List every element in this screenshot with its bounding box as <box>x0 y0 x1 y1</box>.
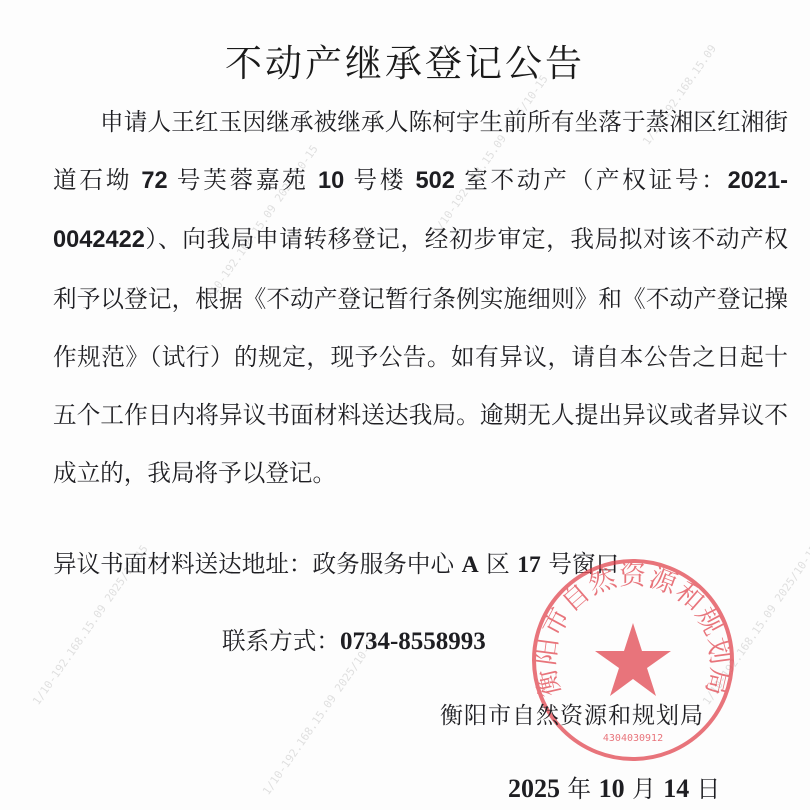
body-segment: ）、向我局申请转移登记，经初步审定，我局拟对该不动产权利予以登记，根据《不动产登… <box>53 225 788 487</box>
issue-date: 2025 年 10 月 14 日 <box>508 770 720 804</box>
date-year: 2025 <box>508 774 560 803</box>
watermark: 1/10-192.168.15.09 2025/10-15 <box>260 633 381 798</box>
svg-text:衡阳市自然资源和规划局: 衡阳市自然资源和规划局 <box>530 561 736 700</box>
objection-address: 异议书面材料送达地址：政务服务中心 A 区 17 号窗口 <box>53 545 619 579</box>
house-number: 72 <box>132 168 177 194</box>
seal-code: 4304030912 <box>603 733 663 744</box>
body-segment: 室不动产（产权证号： <box>464 166 727 194</box>
date-day: 14 <box>663 774 689 803</box>
seal-text: 衡阳市自然资源和规划局 <box>530 561 736 700</box>
building-number: 10 <box>309 168 354 194</box>
contact-phone: 0734-8558993 <box>340 628 486 655</box>
body-segment: 号楼 <box>354 166 407 194</box>
date-day-unit: 日 <box>689 775 720 803</box>
issuer-name: 衡阳市自然资源和规划局 <box>440 697 704 730</box>
date-month-unit: 月 <box>625 775 664 803</box>
contact-label: 联系方式： <box>222 627 340 655</box>
window-suffix: 号窗口 <box>541 550 619 578</box>
page-title: 不动产继承登记公告 <box>0 33 810 87</box>
address-value: 政务服务中心 <box>313 550 462 578</box>
document-page: 1/10-192.168.15.09 2025/10-15 1/10-192.1… <box>0 0 810 810</box>
room-number: 502 <box>406 168 464 194</box>
star-icon <box>595 623 671 696</box>
address-label: 异议书面材料送达地址： <box>53 550 313 578</box>
announcement-body: 申请人王红玉因继承被继承人陈柯宇生前所有坐落于蒸湘区红湘街道石坳 72 号芙蓉嘉… <box>53 93 788 502</box>
date-month: 10 <box>599 774 625 803</box>
zone-suffix: 区 <box>479 550 518 578</box>
date-year-unit: 年 <box>560 775 599 803</box>
body-segment: 号芙蓉嘉苑 <box>177 166 309 194</box>
contact-info: 联系方式：0734-8558993 <box>222 622 486 656</box>
zone-letter: A <box>462 552 479 578</box>
official-seal: 衡阳市自然资源和规划局 4304030912 <box>528 555 738 765</box>
watermark: 1/10-192.168.15.09 2025/10-15 <box>700 543 810 708</box>
window-number: 17 <box>517 552 541 578</box>
